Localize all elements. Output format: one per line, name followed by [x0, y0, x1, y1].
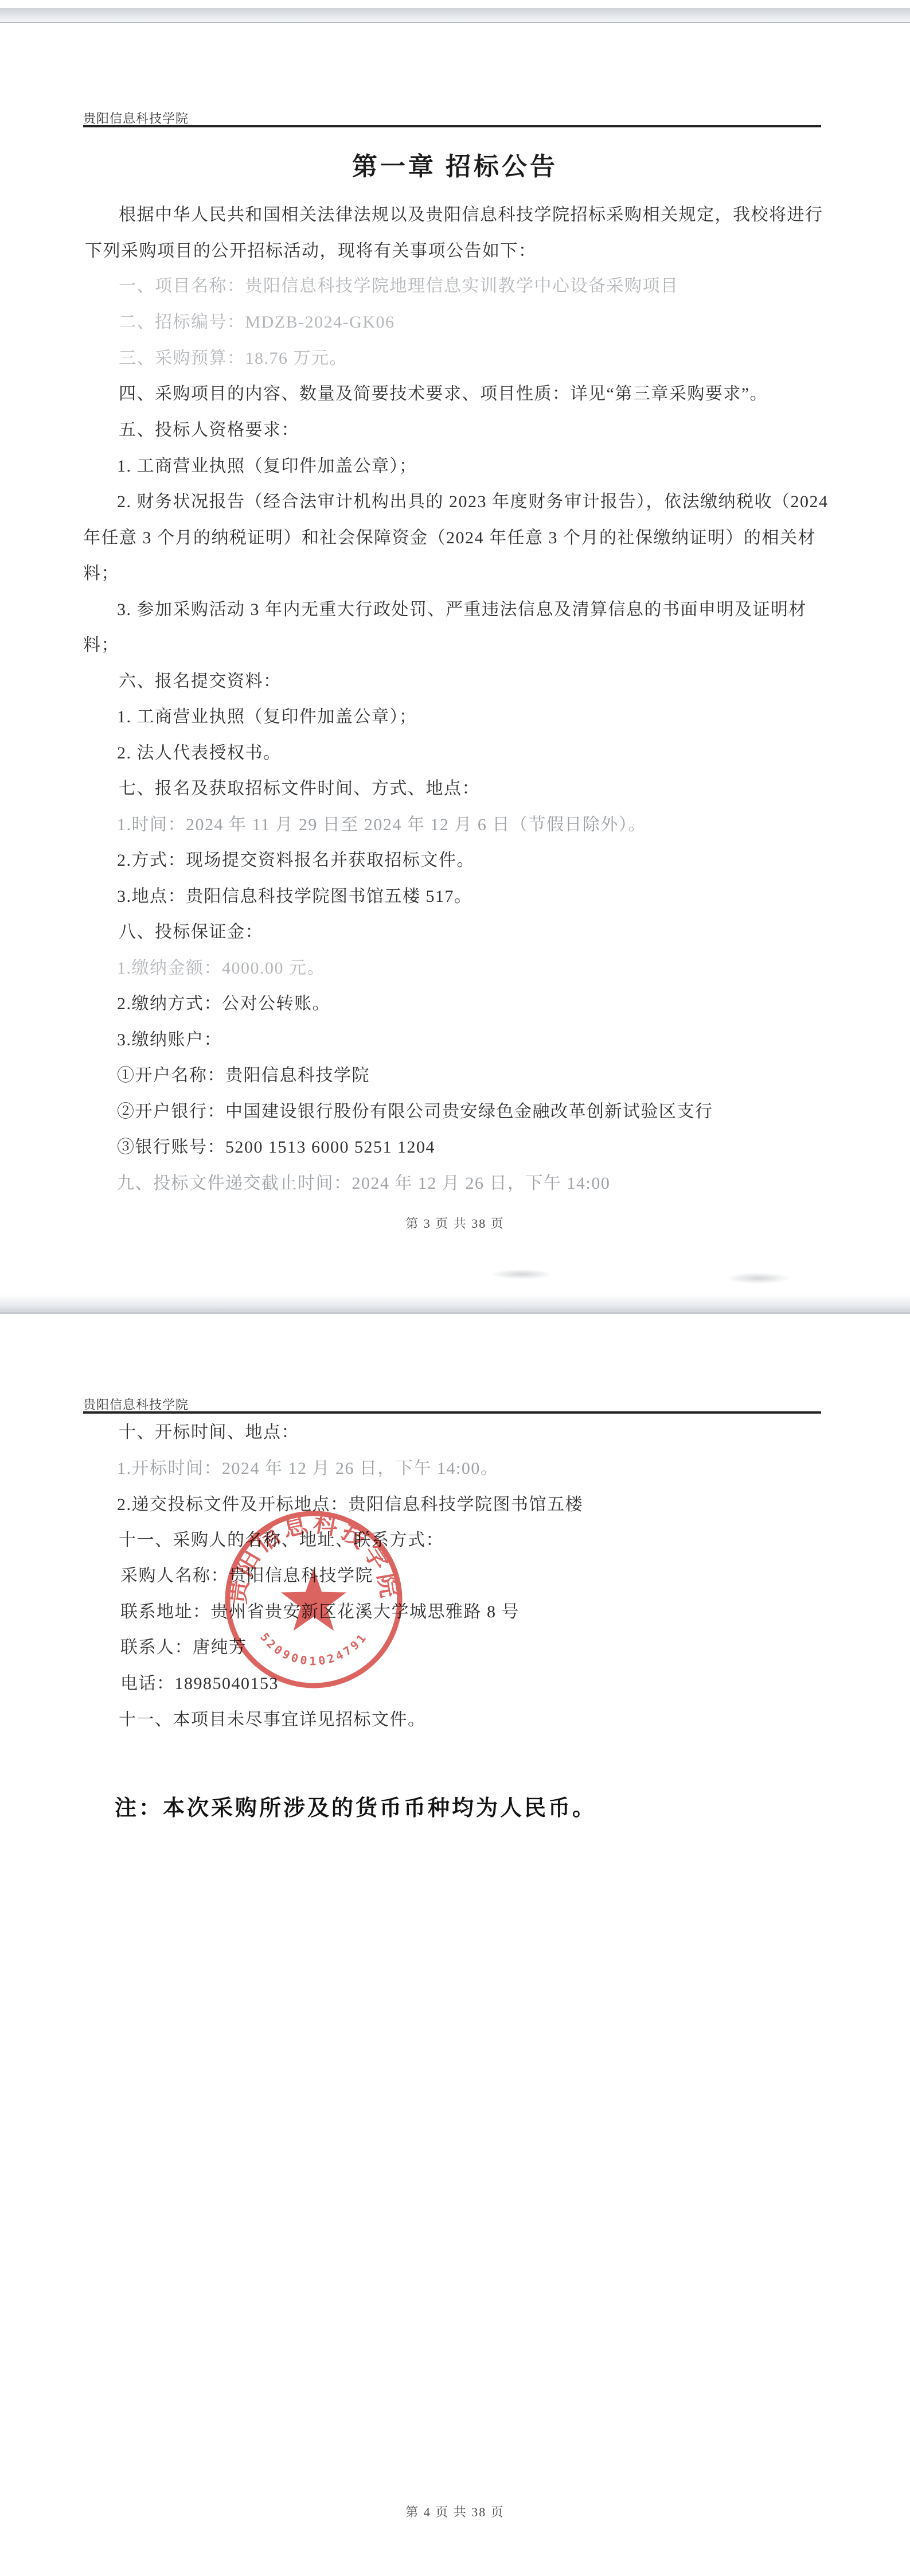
doc-line: 十、开标时间、地点： — [119, 1422, 299, 1443]
page-number: 第 4 页 共 38 页 — [0, 2503, 910, 2520]
doc-line: 十一、本项目未尽事宜详见招标文件。 — [119, 1709, 426, 1731]
page-header: 贵阳信息科技学院 — [83, 1395, 189, 1413]
seal-number-text: 5209001024791 — [257, 1629, 370, 1668]
scanned-document: { "page1": { "header": "贵阳信息科技学院", "titl… — [0, 0, 910, 2576]
seal-star — [281, 1569, 346, 1631]
official-seal: 贵阳信息科技学院 5209001024791 — [221, 1507, 407, 1692]
currency-note: 注：本次采购所涉及的货币币种均为人民币。 — [115, 1790, 596, 1822]
svg-text:5209001024791: 5209001024791 — [257, 1629, 370, 1668]
header-rule — [83, 1411, 821, 1414]
page-2: 贵阳信息科技学院 十、开标时间、地点： 1.开标时间：2024 年 12 月 2… — [0, 0, 910, 2576]
doc-line: 1.开标时间：2024 年 12 月 26 日，下午 14:00。 — [117, 1458, 498, 1480]
